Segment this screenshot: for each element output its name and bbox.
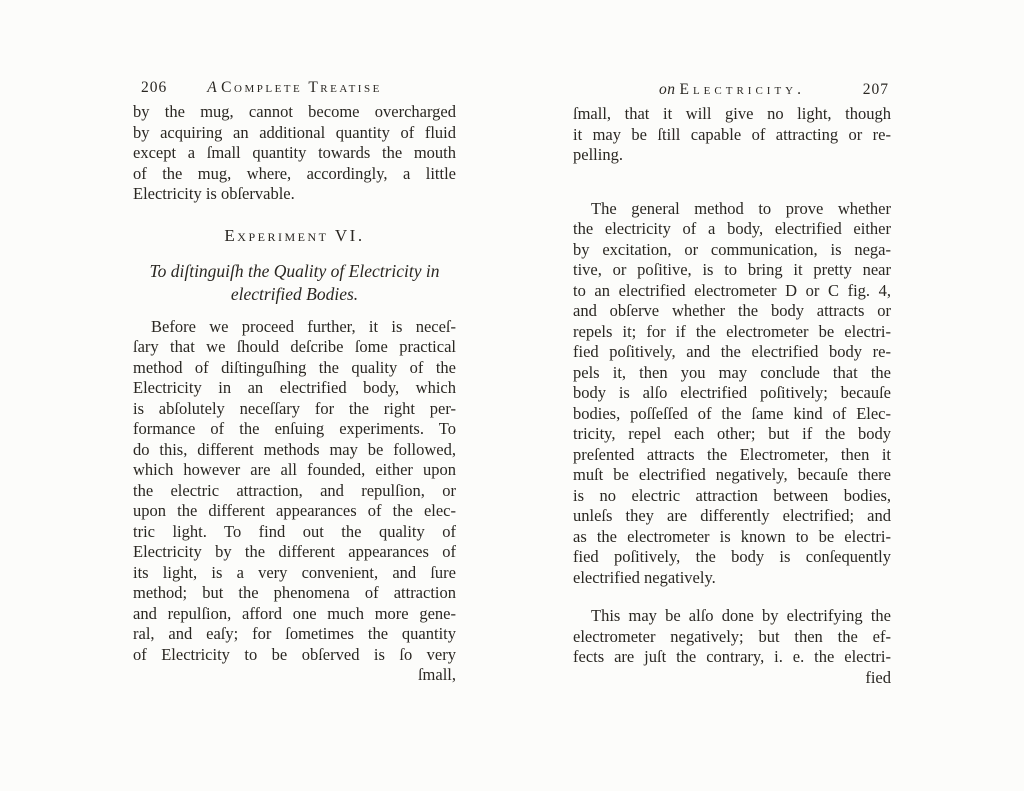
- text-line: Electricity in an electrified body, whic…: [133, 378, 456, 399]
- right-page-number: 207: [863, 80, 889, 100]
- text-line: electrified Bodies.: [133, 283, 456, 307]
- text-line: the electric attraction, and repulſion, …: [133, 481, 456, 502]
- book-scan: { "scan": { "paper_color": "#fcfcfa", "i…: [0, 0, 1024, 791]
- text-line: fied poſitively, and the electrified bod…: [573, 342, 891, 363]
- text-line: is no electric attraction between bodies…: [573, 486, 891, 507]
- left-catchword: ſmall,: [133, 665, 456, 686]
- left-page-header: 206 AComplete Treatise: [133, 78, 456, 100]
- text-line: is abſolutely neceſſary for the right pe…: [133, 399, 456, 420]
- running-title-text-left: Complete Treatise: [221, 79, 382, 96]
- text-line: fied poſitively, the body is conſequentl…: [573, 547, 891, 568]
- text-line: To diſtinguiſh the Quality of Electricit…: [133, 260, 456, 284]
- right-page-header: onElectricity. 207: [573, 80, 891, 102]
- text-line: formance of the enſuing experiments. To: [133, 419, 456, 440]
- text-line: unleſs they are differently electrified;…: [573, 506, 891, 527]
- text-line: Electricity is obſervable.: [133, 184, 456, 205]
- text-line: of the mug, where, accordingly, a little: [133, 164, 456, 185]
- experiment-heading: Experiment VI.: [133, 225, 456, 247]
- right-page: onElectricity. 207 ſmall, that it will g…: [573, 80, 891, 688]
- text-line: by the mug, cannot become overcharged: [133, 102, 456, 123]
- running-title-text-right: Electricity.: [679, 81, 805, 98]
- right-paragraph-3: This may be alſo done by electrifying th…: [573, 606, 891, 668]
- text-line: ſmall, that it will give no light, thoug…: [573, 104, 891, 125]
- left-paragraph-1: by the mug, cannot become overchargedby …: [133, 102, 456, 205]
- running-title-prefix-left: A: [207, 79, 217, 96]
- text-line: pelling.: [573, 145, 891, 166]
- right-catchword: fied: [573, 668, 891, 689]
- text-line: do this, different methods may be follow…: [133, 440, 456, 461]
- text-line: repels it; for if the electrometer be el…: [573, 322, 891, 343]
- text-line: and repulſion, afford one much more gene…: [133, 604, 456, 625]
- text-line: by excitation, or communication, is nega…: [573, 240, 891, 261]
- running-title-prefix-right: on: [659, 81, 676, 98]
- text-line: Electricity by the different appearances…: [133, 542, 456, 563]
- text-line: which however are all founded, either up…: [133, 460, 456, 481]
- text-line: This may be alſo done by electrifying th…: [573, 606, 891, 627]
- text-line: muſt be electrified negatively, becauſe …: [573, 465, 891, 486]
- text-line: The general method to prove whether: [573, 199, 891, 220]
- text-line: it may be ſtill capable of attracting or…: [573, 125, 891, 146]
- text-line: preſented attracts the Electrometer, the…: [573, 445, 891, 466]
- text-line: to an electrified electrometer D or C fi…: [573, 281, 891, 302]
- text-line: bodies, poſſeſſed of the ſame kind of El…: [573, 404, 891, 425]
- text-line: method of diſtinguſhing the quality of t…: [133, 358, 456, 379]
- left-running-title: AComplete Treatise: [133, 78, 456, 98]
- text-line: tive, or poſitive, is to bring it pretty…: [573, 260, 891, 281]
- text-line: except a ſmall quantity towards the mout…: [133, 143, 456, 164]
- text-line: as the electrometer is known to be elect…: [573, 527, 891, 548]
- left-page: 206 AComplete Treatise by the mug, canno…: [133, 78, 456, 686]
- text-line: pels it, then you may conclude that the: [573, 363, 891, 384]
- text-line: fects are juſt the contrary, i. e. the e…: [573, 647, 891, 668]
- text-line: the electricity of a body, electrified e…: [573, 219, 891, 240]
- right-running-title: onElectricity.: [573, 80, 891, 100]
- scanned-spread: 206 AComplete Treatise by the mug, canno…: [0, 0, 1024, 791]
- text-line: by acquiring an additional quantity of f…: [133, 123, 456, 144]
- text-line: electrometer negatively; but then the ef…: [573, 627, 891, 648]
- text-line: upon the different appearances of the el…: [133, 501, 456, 522]
- left-page-number: 206: [141, 78, 167, 98]
- text-line: tricity, repel each other; but if the bo…: [573, 424, 891, 445]
- text-line: body is alſo electrified poſitively; bec…: [573, 383, 891, 404]
- text-line: and obſerve whether the body attracts or: [573, 301, 891, 322]
- text-line: ſary that we ſhould deſcribe ſome practi…: [133, 337, 456, 358]
- text-line: method; but the phenomena of attraction: [133, 583, 456, 604]
- text-line: its light, is a very convenient, and ſur…: [133, 563, 456, 584]
- text-line: tric light. To find out the quality of: [133, 522, 456, 543]
- experiment-title: To diſtinguiſh the Quality of Electricit…: [133, 260, 456, 307]
- text-line: ral, and eaſy; for ſometimes the quantit…: [133, 624, 456, 645]
- text-line: electrified negatively.: [573, 568, 891, 589]
- right-paragraph-1: ſmall, that it will give no light, thoug…: [573, 104, 891, 166]
- text-line: Before we proceed further, it is neceſ-: [133, 317, 456, 338]
- left-paragraph-2: Before we proceed further, it is neceſ-ſ…: [133, 317, 456, 666]
- right-paragraph-2: The general method to prove whetherthe e…: [573, 199, 891, 589]
- text-line: of Electricity to be obſerved is ſo very: [133, 645, 456, 666]
